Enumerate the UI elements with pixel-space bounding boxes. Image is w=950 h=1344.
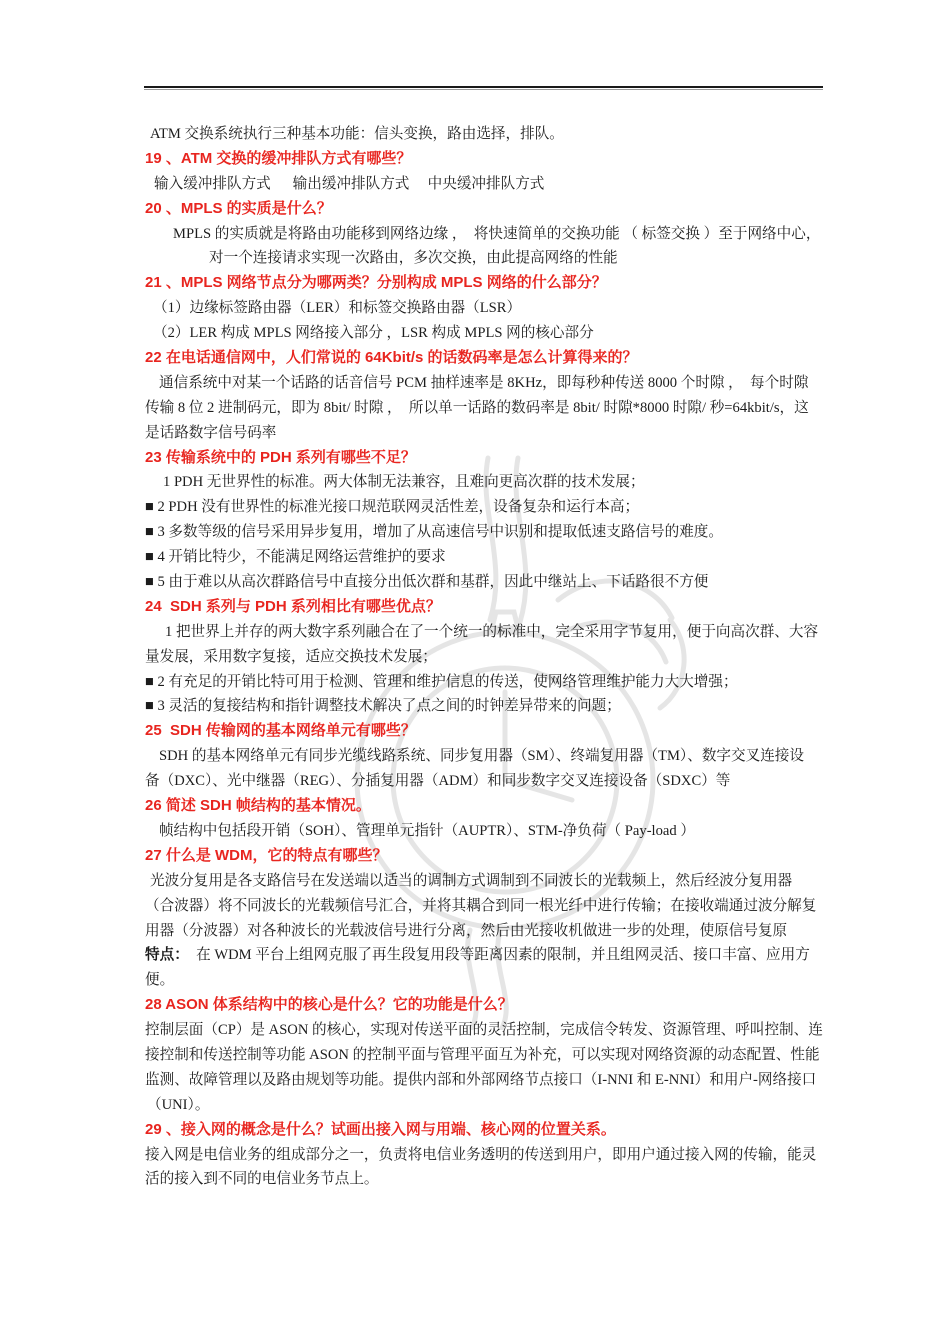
answer-line: ■ 3 多数等级的信号采用异步复用，增加了从高速信号中识别和提取低速支路信号的难… [145, 520, 827, 545]
answer-line: 接控制和传送控制等功能 ASON 的控制平面与管理平面互为补充，可以实现对网络资… [145, 1043, 827, 1068]
answer-line: 通信系统中对某一个话路的话音信号 PCM 抽样速率是 8KHz，即每秒种传送 8… [159, 371, 827, 396]
question-heading: 19 、ATM 交换的缓冲排队方式有哪些？ [145, 147, 827, 172]
answer-line: 接入网是电信业务的组成部分之一，负责将电信业务透明的传送到用户，即用户通过接入网… [145, 1143, 827, 1168]
document-page: ATM 交换系统执行三种基本功能：信头变换，路由选择，排队。19 、ATM 交换… [0, 0, 950, 1344]
answer-line: ■ 3 灵活的复接结构和指针调整技术解决了点之间的时钟差异带来的问题； [145, 694, 827, 719]
answer-line: （2）LER 构成 MPLS 网络接入部分 ，LSR 构成 MPLS 网的核心部… [153, 321, 827, 346]
question-heading: 29 、接入网的概念是什么？试画出接入网与用端、核心网的位置关系。 [145, 1118, 827, 1143]
answer-line: 控制层面（CP）是 ASON 的核心，实现对传送平面的灵活控制，完成信令转发、资… [145, 1018, 827, 1043]
answer-line: ■ 5 由于难以从高次群路信号中直接分出低次群和基群，因此中继站上、下话路很不方… [145, 570, 827, 595]
answer-line: 是话路数字信号码率 [145, 421, 827, 446]
answer-text: 在 WDM 平台上组网克服了再生段复用段等距离因素的限制，并且组网灵活、接口丰富… [189, 947, 810, 963]
answer-line: 传输 8 位 2 进制码元，即为 8bit/ 时隙 ， 所以单一话路的数码率是 … [145, 396, 827, 421]
question-heading: 28 ASON 体系结构中的核心是什么？它的功能是什么？ [145, 993, 827, 1018]
answer-line: MPLS 的实质就是将路由功能移到网络边缘 ， 将快速简单的交换功能 （ 标签交… [173, 222, 827, 247]
answer-line: 特点： 在 WDM 平台上组网克服了再生段复用段等距离因素的限制，并且组网灵活、… [145, 943, 827, 968]
question-heading: 24 SDH 系列与 PDH 系列相比有哪些优点？ [145, 595, 827, 620]
answer-line: 帧结构中包括段开销（SOH）、管理单元指针（AUPTR）、STM-净负荷（ Pa… [159, 819, 827, 844]
header-rule [144, 86, 823, 90]
question-heading: 26 简述 SDH 帧结构的基本情况。 [145, 794, 827, 819]
answer-line: 输入缓冲排队方式 输出缓冲排队方式 中央缓冲排队方式 [154, 172, 827, 197]
answer-line: 用器（分波器）对各种波长的光载波信号进行分离，然后由光接收机做进一步的处理，使原… [145, 919, 827, 944]
question-heading: 27 什么是 WDM，它的特点有哪些？ [145, 844, 827, 869]
question-heading: 23 传输系统中的 PDH 系列有哪些不足？ [145, 446, 827, 471]
answer-line: ■ 2 PDH 没有世界性的标准光接口规范联网灵活性差，设备复杂和运行本高； [145, 495, 827, 520]
answer-line: 活的接入到不同的电信业务节点上。 [145, 1167, 827, 1192]
answer-line: ■ 4 开销比特少，不能满足网络运营维护的要求 [145, 545, 827, 570]
answer-line: 备（DXC）、光中继器（REG）、分插复用器（ADM）和同步数字交叉连接设备（S… [145, 769, 827, 794]
answer-line: 量发展，采用数字复接，适应交换技术发展； [145, 645, 827, 670]
answer-line: 便。 [145, 968, 827, 993]
answer-line: 光波分复用是各支路信号在发送端以适当的调制方式调制到不同波长的光载频上，然后经波… [150, 869, 827, 894]
answer-line: （合波器）将不同波长的光载频信号汇合，并将其耦合到同一根光纤中进行传输；在接收端… [145, 894, 827, 919]
question-heading: 25 SDH 传输网的基本网络单元有哪些？ [145, 719, 827, 744]
answer-line: 1 把世界上并存的两大数字系列融合在了一个统一的标准中，完全采用字节复用，便于向… [165, 620, 827, 645]
answer-line: 对一个连接请求实现一次路由，多次交换，由此提高网络的性能 [209, 246, 827, 271]
answer-line: ATM 交换系统执行三种基本功能：信头变换，路由选择，排队。 [150, 122, 827, 147]
question-heading: 22 在电话通信网中，人们常说的 64Kbit/s 的话数码率是怎么计算得来的？ [145, 346, 827, 371]
question-heading: 21 、MPLS 网络节点分为哪两类？分别构成 MPLS 网络的什么部分？ [145, 271, 827, 296]
answer-line: 监测、故障管理以及路由规划等功能。提供内部和外部网络节点接口（I-NNI 和 E… [145, 1068, 827, 1093]
answer-line: SDH 的基本网络单元有同步光缆线路系统、同步复用器（SM）、终端复用器（TM）… [159, 744, 827, 769]
answer-line: ■ 2 有充足的开销比特可用于检测、管理和维护信息的传送，使网络管理维护能力大大… [145, 670, 827, 695]
answer-line: （1）边缘标签路由器（LER）和标签交换路由器（LSR） [153, 296, 827, 321]
answer-line: 1 PDH 无世界性的标准。两大体制无法兼容，且难向更高次群的技术发展； [163, 470, 827, 495]
answer-line: （UNI）。 [147, 1093, 827, 1118]
document-body: ATM 交换系统执行三种基本功能：信头变换，路由选择，排队。19 、ATM 交换… [145, 122, 827, 1192]
answer-bold-label: 特点： [145, 947, 189, 963]
question-heading: 20 、MPLS 的实质是什么？ [145, 197, 827, 222]
